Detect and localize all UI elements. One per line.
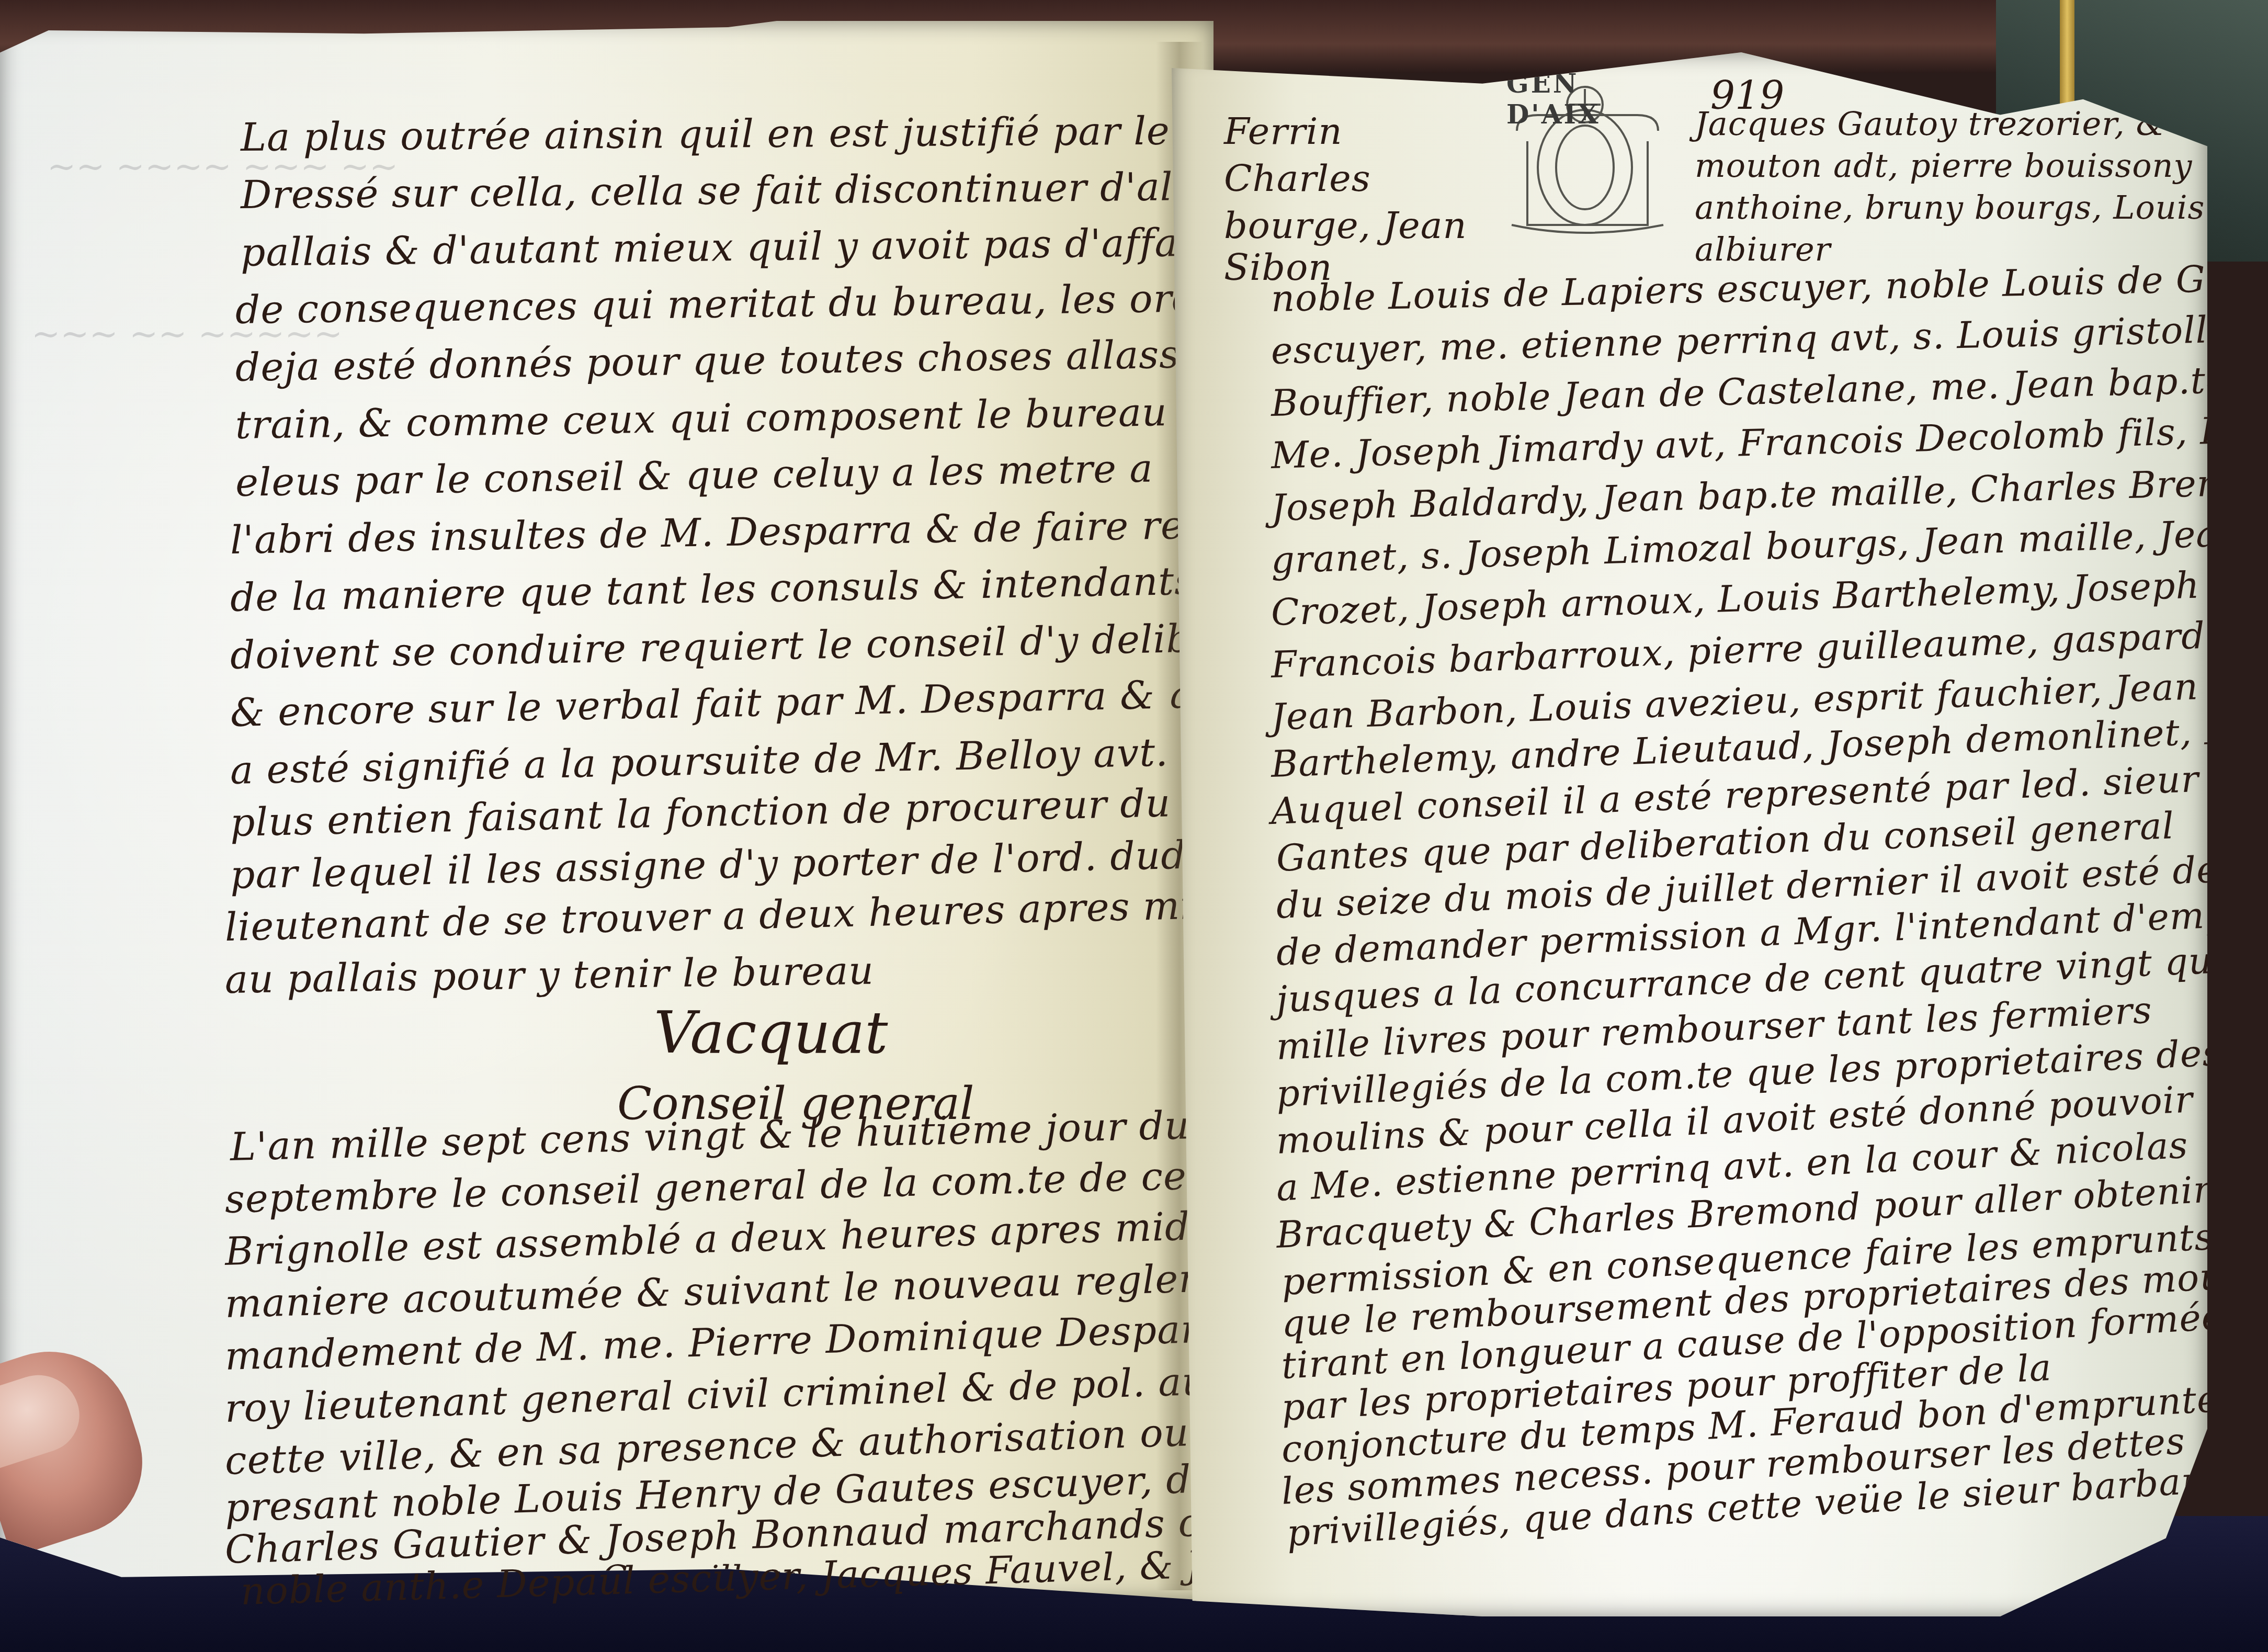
margin-name: Charles (1224, 157, 1371, 200)
manuscript-line: & encore sur le verbal fait par M. Despa… (230, 670, 1214, 736)
manuscript-line: mouton adt, pierre bouissony (1695, 146, 2193, 185)
manuscript-line: de la maniere que tant les consuls & int… (230, 559, 1195, 620)
thumb-holding-page (0, 1330, 161, 1557)
manuscript-line: l'abri des insultes de M. Desparra & de … (230, 502, 1214, 563)
manuscript-line: pallais & d'autant mieux quil y avoit pa… (241, 220, 1214, 275)
margin-name: bourge, Jean (1224, 204, 1467, 247)
manuscript-line: Dressé sur cella, cella se fait disconti… (241, 163, 1214, 218)
manuscript-line: La plus outrée ainsin quil en est justif… (241, 108, 1214, 160)
manuscript-line: albiurer (1695, 230, 1831, 268)
left-page: ~~ ~~~~ ~~~ ~~ ~~~ ~~ ~~~~~ La plus outr… (0, 21, 1214, 1601)
manuscript-line: train, & comme ceux qui composent le bur… (235, 387, 1214, 448)
manuscript-line: eleus par le conseil & que celuy a les m… (235, 446, 1153, 505)
section-heading-vacquat: Vacquat (654, 999, 888, 1066)
manuscript-line: anthoine, bruny bourgs, Louis (1695, 188, 2205, 227)
manuscript-line: de consequences qui meritat du bureau, l… (235, 274, 1214, 333)
thumbnail (0, 1364, 89, 1469)
tax-stamp: GEN D'AIX (1506, 68, 1679, 241)
right-page: GEN D'AIX 919 Ferrin Charles bourge, Jea… (1172, 52, 2207, 1616)
manuscript-line: doivent se conduire requiert le conseil … (230, 615, 1214, 678)
manuscript-line: au pallais pour y tenir le bureau (224, 948, 874, 1002)
stamp-text: GEN D'AIX (1506, 68, 1679, 130)
margin-name: Ferrin (1224, 110, 1343, 153)
manuscript-line: deja esté donnés pour que toutes choses … (235, 330, 1214, 390)
